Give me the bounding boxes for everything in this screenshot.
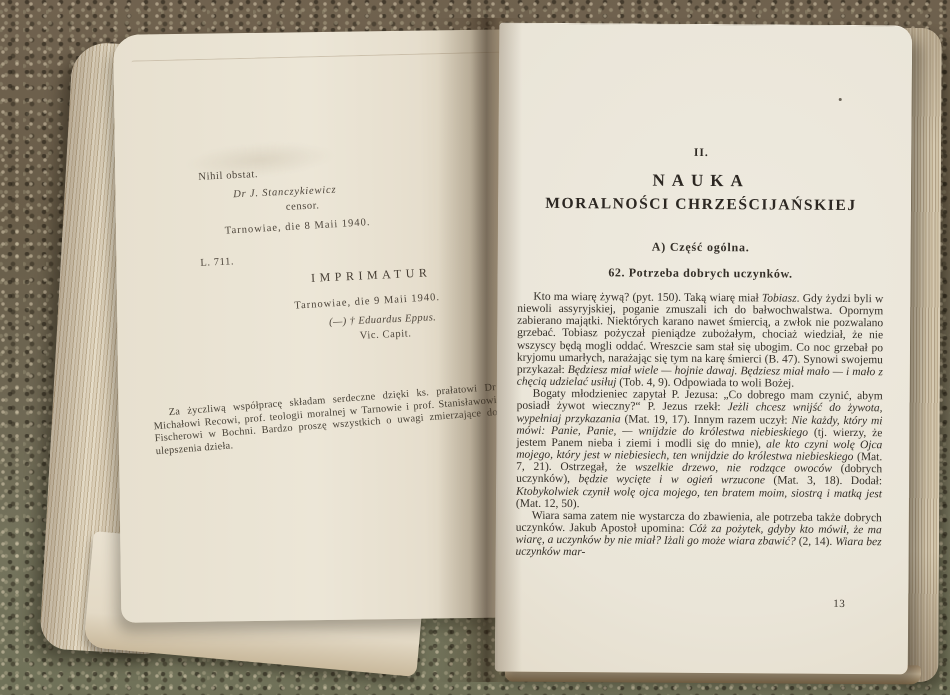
chapter-title-line2: MORALNOŚCI CHRZEŚCIJAŃSKIEJ: [518, 195, 884, 216]
right-page-text-block: II. NAUKA MORALNOŚCI CHRZEŚCIJAŃSKIEJ A)…: [515, 134, 885, 657]
chapter-title-line1: NAUKA: [518, 170, 884, 193]
open-book-photo: Nihil obstat. Dr J. Stanczykiewicz censo…: [0, 0, 950, 695]
chapter-number: II.: [518, 146, 884, 161]
acknowledgement-footnote: Za życzliwą współpracę składam serdeczne…: [152, 382, 499, 459]
page-number: 13: [833, 598, 845, 610]
ink-speck: [839, 98, 842, 101]
signature-text: (—) † Eduardus Eppus.: [329, 312, 437, 328]
left-page-top-edge-crease: [132, 52, 502, 65]
subsection-heading: 62. Potrzeba dobrych uczynków.: [517, 265, 883, 283]
censor-name-text: Dr J. Stanczykiewicz: [233, 185, 337, 201]
imprimatur-heading: IMPRIMATUR: [311, 265, 432, 285]
imprimatur-block: Nihil obstat. Dr J. Stanczykiewicz censo…: [192, 156, 471, 368]
paragraph-2: Bogaty młodzieniec zapytał P. Jezusa: „C…: [516, 388, 883, 512]
reference-number-text: L. 711.: [200, 256, 234, 269]
imprimatur-date-text: Tarnowiae, die 9 Maii 1940.: [294, 292, 440, 312]
signature-title-text: Vic. Capit.: [360, 328, 412, 341]
right-page: II. NAUKA MORALNOŚCI CHRZEŚCIJAŃSKIEJ A)…: [495, 23, 913, 675]
left-page: Nihil obstat. Dr J. Stanczykiewicz censo…: [113, 29, 511, 622]
censor-title-text: censor.: [286, 200, 320, 213]
section-heading: A) Część ogólna.: [518, 239, 884, 257]
censor-date-text: Tarnowiae, die 8 Maii 1940.: [225, 217, 371, 237]
nihil-obstat-text: Nihil obstat.: [198, 169, 258, 183]
paragraph-1: Kto ma wiarę żywą? (pyt. 150). Taką wiar…: [517, 291, 884, 391]
body-text: Kto ma wiarę żywą? (pyt. 150). Taką wiar…: [516, 291, 884, 561]
paragraph-3: Wiara sama zatem nie wystarcza do zbawie…: [516, 510, 882, 561]
